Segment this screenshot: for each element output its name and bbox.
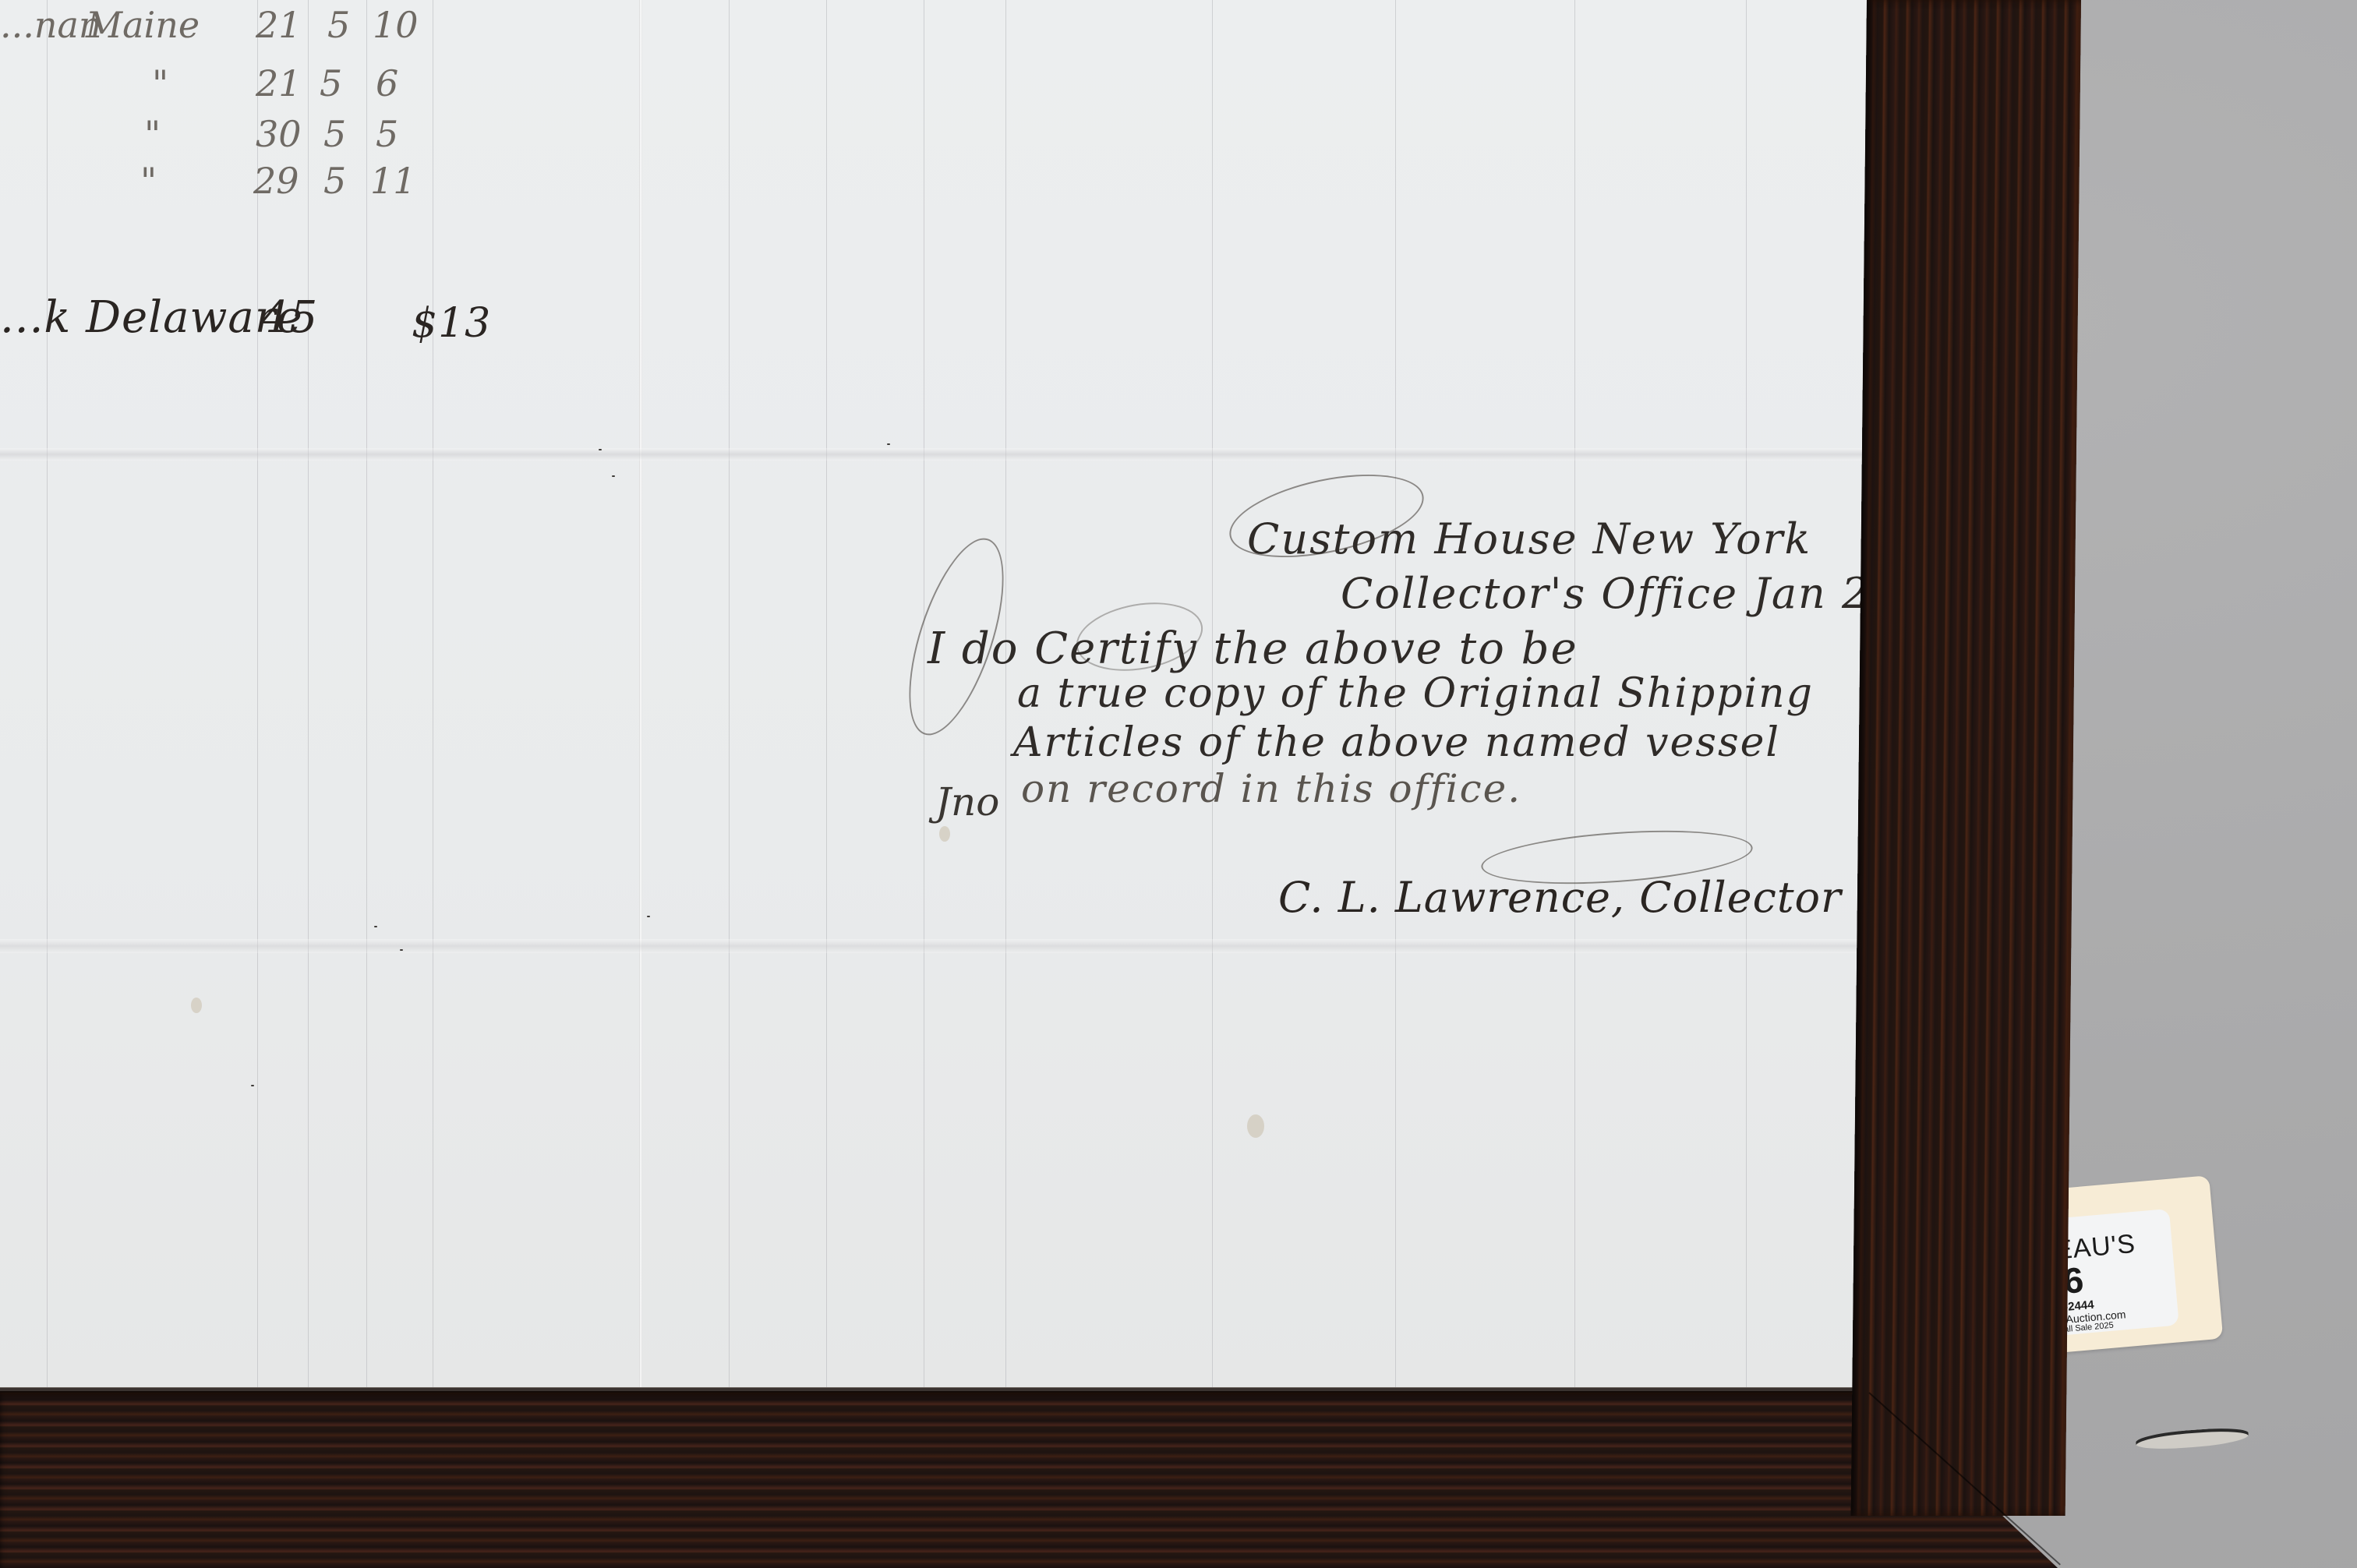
paper-stain <box>191 998 202 1013</box>
ruling-line <box>729 0 730 1389</box>
horizontal-fold <box>0 939 1871 953</box>
collector-signature: C. L. Lawrence, Collector <box>1278 873 1842 922</box>
cert-body-line-1: I do Certify the above to be <box>928 623 1578 674</box>
cert-heading-line-2: Collector's Office Jan 22 1845 <box>1341 569 1871 618</box>
paper-speck <box>612 475 615 477</box>
ruling-line <box>47 0 48 1389</box>
paper-speck <box>400 949 403 951</box>
clerk-initials: Jno <box>935 779 999 825</box>
document-paper: ...nan Maine 21 5 10 " 21 5 6 " 30 5 5 "… <box>0 0 1871 1389</box>
frame-right-rail <box>1851 0 2081 1516</box>
paper-stain <box>1247 1114 1264 1138</box>
certification-block: Custom House New York Collector's Office… <box>920 471 1871 799</box>
ruling-line <box>366 0 367 1389</box>
summary-row-mark: $13 <box>412 300 491 347</box>
paper-speck <box>647 916 650 917</box>
ruling-line <box>433 0 433 1389</box>
paper-stain <box>939 826 950 842</box>
paper-speck <box>374 926 377 927</box>
cert-body-line-2: a true copy of the Original Shipping <box>1017 670 1814 717</box>
paper-speck <box>251 1085 254 1086</box>
paper-speck <box>599 449 602 450</box>
ruling-line <box>257 0 258 1389</box>
paper-speck <box>887 443 890 445</box>
cert-heading-line-1: Custom House New York <box>1247 514 1811 563</box>
ruling-line <box>826 0 827 1389</box>
ruling-line <box>308 0 309 1389</box>
cert-body-line-3: Articles of the above named vessel <box>1013 719 1780 766</box>
horizontal-fold <box>0 448 1871 461</box>
cert-body-line-4: on record in this office. <box>1021 766 1521 811</box>
summary-row-text: ...k Delaware <box>0 292 303 343</box>
vertical-fold <box>639 0 642 1389</box>
summary-row-age: 45 <box>261 292 318 343</box>
frame-bottom-rail <box>0 1391 2058 1568</box>
